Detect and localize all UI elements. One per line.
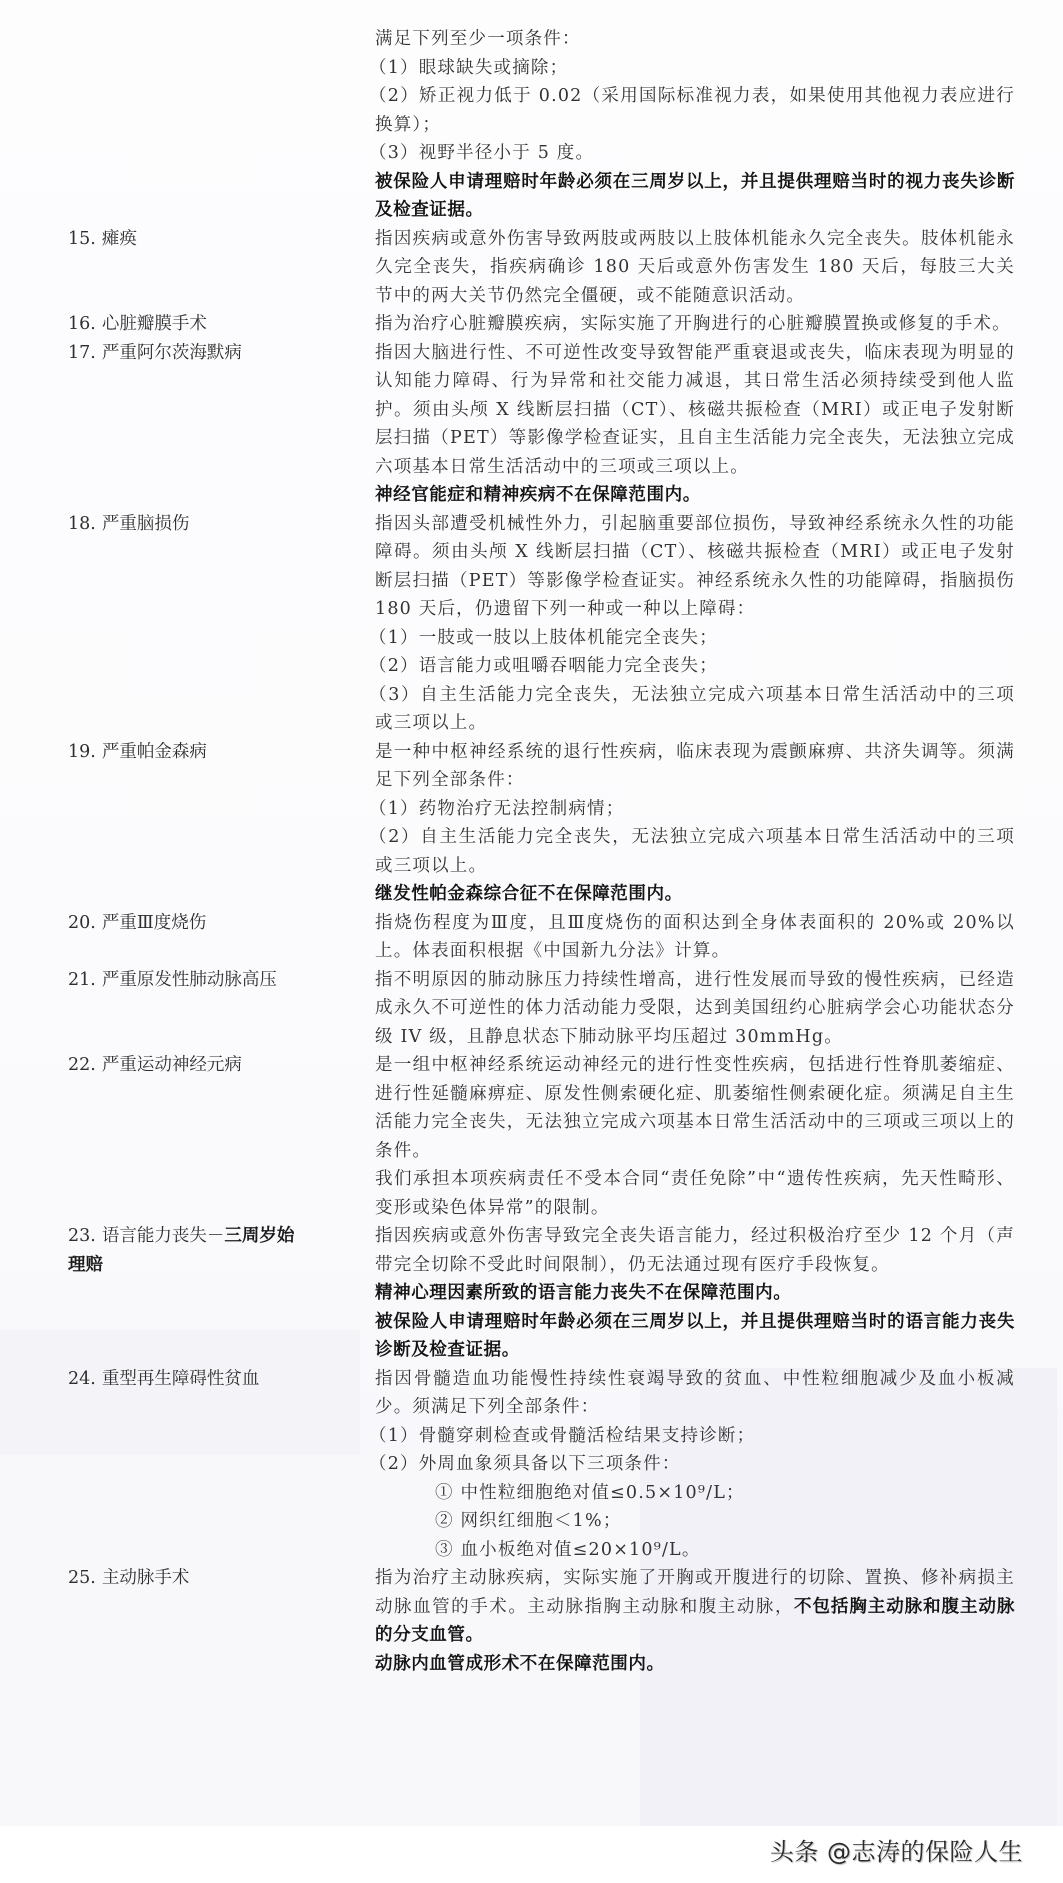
paragraph: 指不明原因的肺动脉压力持续性增高，进行性发展而导致的慢性疾病，已经造成永久不可逆… <box>375 966 1015 1052</box>
bold-note: 继发性帕金森综合征不在保障范围内。 <box>375 880 1015 909</box>
disease-item-23: 23.语言能力丧失－三周岁始理赔 指因疾病或意外伤害导致完全丧失语言能力，经过积… <box>0 1222 1063 1365</box>
definition-cell: 指烧伤程度为Ⅲ度，且Ⅲ度烧伤的面积达到全身体表面积的 20%或 20%以上。体表… <box>375 909 1015 966</box>
disease-term: 20.严重Ⅲ度烧伤 <box>0 909 305 938</box>
sub-condition-item: ② 网织红细胞＜1%； <box>375 1507 1015 1536</box>
condition-item: （1）眼球缺失或摘除； <box>375 54 1015 83</box>
disease-term: 25.主动脉手术 <box>0 1564 305 1593</box>
item-number: 19. <box>68 742 96 762</box>
disease-term: 15.瘫痪 <box>0 225 305 254</box>
condition-item: （2）外周血象须具备以下三项条件： <box>375 1450 1015 1479</box>
paragraph: 是一组中枢神经系统运动神经元的进行性变性疾病，包括进行性脊肌萎缩症、进行性延髓麻… <box>375 1051 1015 1165</box>
disease-term: 22.严重运动神经元病 <box>0 1051 305 1080</box>
paragraph: 指因大脑进行性、不可逆性改变导致智能严重衰退或丧失，临床表现为明显的认知能力障碍… <box>375 339 1015 482</box>
item-title: 严重脑损伤 <box>102 514 190 534</box>
sub-condition-item: ① 中性粒细胞绝对值≤0.5×10⁹/L； <box>375 1479 1015 1508</box>
item-number: 25. <box>68 1568 96 1588</box>
disease-term: 24.重型再生障碍性贫血 <box>0 1365 305 1394</box>
definition-cell: 指因疾病或意外伤害导致完全丧失语言能力，经过积极治疗至少 12 个月（声带完全切… <box>375 1222 1015 1365</box>
bold-note: 被保险人申请理赔时年龄必须在三周岁以上，并且提供理赔当时的语言能力丧失诊断及检查… <box>375 1308 1015 1365</box>
item-title: 心脏瓣膜手术 <box>102 314 207 334</box>
bold-note: 精神心理因素所致的语言能力丧失不在保障范围内。 <box>375 1279 1015 1308</box>
item-number: 16. <box>68 314 96 334</box>
bold-note: 动脉内血管成形术不在保障范围内。 <box>375 1650 1015 1679</box>
item-title: 瘫痪 <box>102 229 137 249</box>
disease-term: 21.严重原发性肺动脉高压 <box>0 966 305 995</box>
paragraph: 指为治疗心脏瓣膜疾病，实际实施了开胸进行的心脏瓣膜置换或修复的手术。 <box>375 310 1015 339</box>
item-title: 严重阿尔茨海默病 <box>102 343 242 363</box>
disease-term: 16.心脏瓣膜手术 <box>0 310 305 339</box>
definition-cell: 是一组中枢神经系统运动神经元的进行性变性疾病，包括进行性脊肌萎缩症、进行性延髓麻… <box>375 1051 1015 1222</box>
item-title: 重型再生障碍性贫血 <box>102 1369 260 1389</box>
definition-cell: 指因大脑进行性、不可逆性改变导致智能严重衰退或丧失，临床表现为明显的认知能力障碍… <box>375 339 1015 510</box>
definition-cell: 指不明原因的肺动脉压力持续性增高，进行性发展而导致的慢性疾病，已经造成永久不可逆… <box>375 966 1015 1052</box>
disease-item-19: 19.严重帕金森病 是一种中枢神经系统的退行性疾病，临床表现为震颤麻痹、共济失调… <box>0 738 1063 909</box>
disease-item-18: 18.严重脑损伤 指因头部遭受机械性外力，引起脑重要部位损伤，导致神经系统永久性… <box>0 510 1063 738</box>
disease-item-25: 25.主动脉手术 指为治疗主动脉疾病，实际实施了开胸或开腹进行的切除、置换、修补… <box>0 1564 1063 1678</box>
item-title: 严重原发性肺动脉高压 <box>102 970 277 990</box>
item-number: 24. <box>68 1369 96 1389</box>
watermark: 头条 @志涛的保险人生 <box>770 1832 1023 1867</box>
sub-condition-item: ③ 血小板绝对值≤20×10⁹/L。 <box>375 1536 1015 1565</box>
disease-item-22: 22.严重运动神经元病 是一组中枢神经系统运动神经元的进行性变性疾病，包括进行性… <box>0 1051 1063 1222</box>
disease-term: 19.严重帕金森病 <box>0 738 305 767</box>
document-body: 满足下列至少一项条件： （1）眼球缺失或摘除； （2）矫正视力低于 0.02（采… <box>0 25 1063 1678</box>
paragraph: 指因疾病或意外伤害导致完全丧失语言能力，经过积极治疗至少 12 个月（声带完全切… <box>375 1222 1015 1279</box>
disease-item-17: 17.严重阿尔茨海默病 指因大脑进行性、不可逆性改变导致智能严重衰退或丧失，临床… <box>0 339 1063 510</box>
bold-note: 神经官能症和精神疾病不在保障范围内。 <box>375 481 1015 510</box>
disease-item-15: 15.瘫痪 指因疾病或意外伤害导致两肢或两肢以上肢体机能永久完全丧失。肢体机能永… <box>0 225 1063 311</box>
paragraph: 满足下列至少一项条件： <box>375 25 1015 54</box>
item-title: 严重Ⅲ度烧伤 <box>102 913 206 933</box>
definition-cell: 指为治疗心脏瓣膜疾病，实际实施了开胸进行的心脏瓣膜置换或修复的手术。 <box>375 310 1015 339</box>
paragraph: 指为治疗主动脉疾病，实际实施了开胸或开腹进行的切除、置换、修补病损主动脉血管的手… <box>375 1564 1015 1650</box>
disease-item-21: 21.严重原发性肺动脉高压 指不明原因的肺动脉压力持续性增高，进行性发展而导致的… <box>0 966 1063 1052</box>
item-title: 主动脉手术 <box>102 1568 190 1588</box>
item-number: 21. <box>68 970 96 990</box>
item-number: 18. <box>68 514 96 534</box>
definition-cell: 满足下列至少一项条件： （1）眼球缺失或摘除； （2）矫正视力低于 0.02（采… <box>375 25 1015 225</box>
definition-cell: 指为治疗主动脉疾病，实际实施了开胸或开腹进行的切除、置换、修补病损主动脉血管的手… <box>375 1564 1015 1678</box>
paragraph: 指因疾病或意外伤害导致两肢或两肢以上肢体机能永久完全丧失。肢体机能永久完全丧失，… <box>375 225 1015 311</box>
condition-item: （3）视野半径小于 5 度。 <box>375 139 1015 168</box>
condition-item: （2）自主生活能力完全丧失，无法独立完成六项基本日常生活活动中的三项或三项以上。 <box>375 823 1015 880</box>
condition-item: （3）自主生活能力完全丧失，无法独立完成六项基本日常生活活动中的三项或三项以上。 <box>375 681 1015 738</box>
definition-cell: 指因疾病或意外伤害导致两肢或两肢以上肢体机能永久完全丧失。肢体机能永久完全丧失，… <box>375 225 1015 311</box>
continued-definition-row: 满足下列至少一项条件： （1）眼球缺失或摘除； （2）矫正视力低于 0.02（采… <box>0 25 1063 225</box>
item-number: 22. <box>68 1055 96 1075</box>
disease-item-16: 16.心脏瓣膜手术 指为治疗心脏瓣膜疾病，实际实施了开胸进行的心脏瓣膜置换或修复… <box>0 310 1063 339</box>
condition-item: （1）骨髓穿刺检查或骨髓活检结果支持诊断； <box>375 1422 1015 1451</box>
paragraph: 我们承担本项疾病责任不受本合同“责任免除”中“遗传性疾病，先天性畸形、变形或染色… <box>375 1165 1015 1222</box>
condition-item: （1）一肢或一肢以上肢体机能完全丧失； <box>375 624 1015 653</box>
disease-item-20: 20.严重Ⅲ度烧伤 指烧伤程度为Ⅲ度，且Ⅲ度烧伤的面积达到全身体表面积的 20%… <box>0 909 1063 966</box>
paragraph: 是一种中枢神经系统的退行性疾病，临床表现为震颤麻痹、共济失调等。须满足下列全部条… <box>375 738 1015 795</box>
definition-cell: 指因头部遭受机械性外力，引起脑重要部位损伤，导致神经系统永久性的功能障碍。须由头… <box>375 510 1015 738</box>
condition-item: （2）语言能力或咀嚼吞咽能力完全丧失； <box>375 652 1015 681</box>
condition-item: （1）药物治疗无法控制病情； <box>375 795 1015 824</box>
definition-cell: 指因骨髓造血功能慢性持续性衰竭导致的贫血、中性粒细胞减少及血小板减少。须满足下列… <box>375 1365 1015 1565</box>
disease-term: 17.严重阿尔茨海默病 <box>0 339 305 368</box>
item-number: 23. <box>68 1226 96 1246</box>
item-number: 17. <box>68 343 96 363</box>
disease-item-24: 24.重型再生障碍性贫血 指因骨髓造血功能慢性持续性衰竭导致的贫血、中性粒细胞减… <box>0 1365 1063 1565</box>
definition-cell: 是一种中枢神经系统的退行性疾病，临床表现为震颤麻痹、共济失调等。须满足下列全部条… <box>375 738 1015 909</box>
item-title: 严重运动神经元病 <box>102 1055 242 1075</box>
disease-term: 23.语言能力丧失－三周岁始理赔 <box>0 1222 305 1279</box>
item-title: 语言能力丧失－ <box>102 1226 225 1246</box>
item-title: 严重帕金森病 <box>102 742 207 762</box>
paragraph: 指因骨髓造血功能慢性持续性衰竭导致的贫血、中性粒细胞减少及血小板减少。须满足下列… <box>375 1365 1015 1422</box>
paragraph: 指烧伤程度为Ⅲ度，且Ⅲ度烧伤的面积达到全身体表面积的 20%或 20%以上。体表… <box>375 909 1015 966</box>
condition-item: （2）矫正视力低于 0.02（采用国际标准视力表，如果使用其他视力表应进行换算）… <box>375 82 1015 139</box>
item-number: 20. <box>68 913 96 933</box>
bold-note: 被保险人申请理赔时年龄必须在三周岁以上，并且提供理赔当时的视力丧失诊断及检查证据… <box>375 168 1015 225</box>
item-number: 15. <box>68 229 96 249</box>
disease-term: 18.严重脑损伤 <box>0 510 305 539</box>
paragraph: 指因头部遭受机械性外力，引起脑重要部位损伤，导致神经系统永久性的功能障碍。须由头… <box>375 510 1015 624</box>
